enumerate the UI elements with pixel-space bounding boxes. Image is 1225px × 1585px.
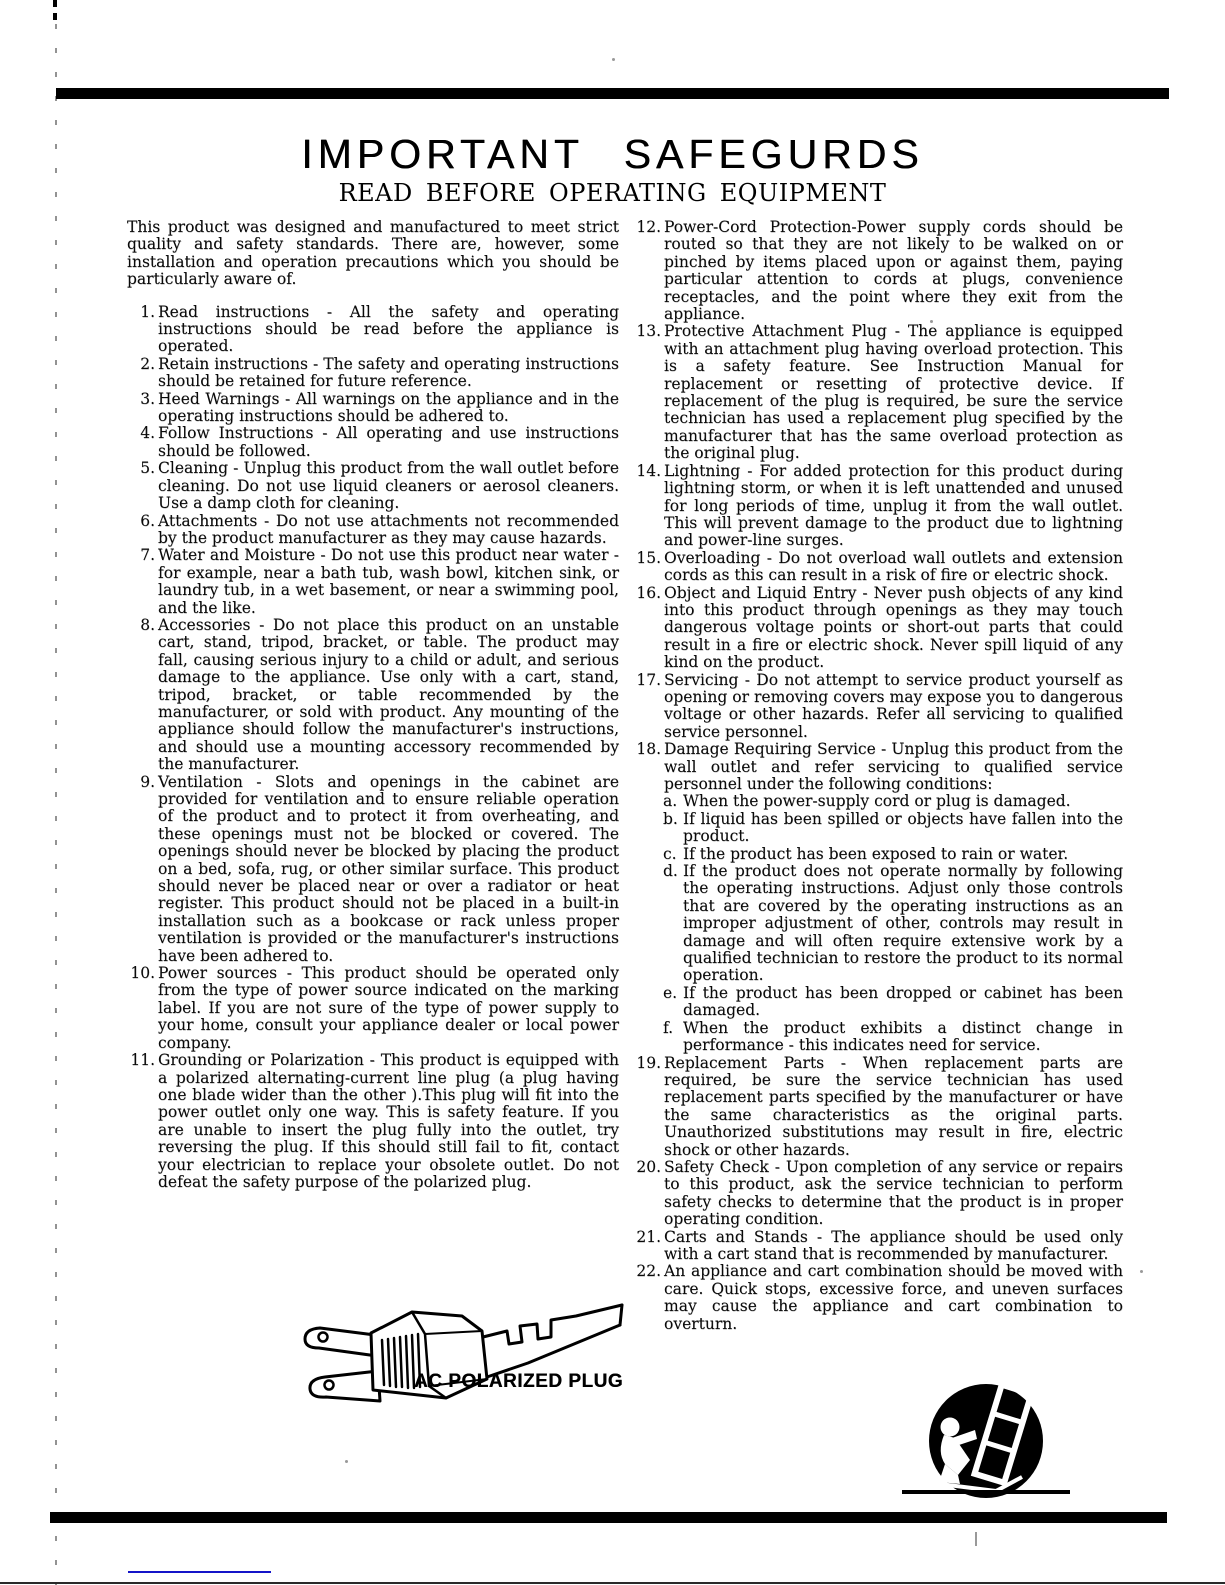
- item-text: Safety Check - Upon completion of any se…: [664, 1158, 1123, 1228]
- scan-speckle: [612, 58, 615, 61]
- safeguard-item-3: 3.Heed Warnings - All warnings on the ap…: [127, 391, 619, 426]
- ac-polarized-plug-illustration: [276, 1293, 628, 1415]
- safeguard-item-10: 10.Power sources - This product should b…: [127, 965, 619, 1052]
- subitem-text: If the product has been dropped or cabin…: [683, 984, 1123, 1019]
- safeguard-subitem-c: c.If the product has been exposed to rai…: [664, 846, 1123, 863]
- safeguard-list-1-11: 1.Read instructions - All the safety and…: [127, 304, 619, 1192]
- scan-speckle: [1140, 1270, 1143, 1273]
- item-number: 7.: [127, 547, 155, 564]
- item-number: 20.: [633, 1159, 661, 1176]
- item-text: Damage Requiring Service - Unplug this p…: [664, 740, 1123, 793]
- item-text: Water and Moisture - Do not use this pro…: [158, 546, 619, 616]
- item-number: 11.: [127, 1052, 155, 1069]
- safeguard-list-12-22: 12.Power-Cord Protection-Power supply co…: [633, 219, 1123, 1333]
- scan-margin-dashed-line: [55, 0, 57, 1585]
- item-text: Attachments - Do not use attachments not…: [158, 512, 619, 547]
- item-number: 18.: [633, 741, 661, 758]
- scan-speckle: [975, 1532, 977, 1546]
- safeguard-subitem-f: f.When the product exhibits a distinct c…: [664, 1020, 1123, 1055]
- item-number: 22.: [633, 1263, 661, 1280]
- safeguard-item-7: 7.Water and Moisture - Do not use this p…: [127, 547, 619, 617]
- safeguard-item-15: 15.Overloading - Do not overload wall ou…: [633, 550, 1123, 585]
- item-number: 4.: [127, 425, 155, 442]
- safeguard-item-13: 13.Protective Attachment Plug - The appl…: [633, 323, 1123, 462]
- safeguard-item-22: 22.An appliance and cart combination sho…: [633, 1263, 1123, 1333]
- subitem-letter: e.: [663, 985, 677, 1002]
- safeguard-subitem-d: d.If the product does not operate normal…: [664, 863, 1123, 985]
- safeguard-item-17: 17.Servicing - Do not attempt to service…: [633, 672, 1123, 742]
- item-number: 12.: [633, 219, 661, 236]
- subitem-text: If the product has been exposed to rain …: [683, 845, 1068, 863]
- item-text: Ventilation - Slots and openings in the …: [158, 773, 619, 965]
- item-text: Servicing - Do not attempt to service pr…: [664, 671, 1123, 741]
- item-number: 10.: [127, 965, 155, 982]
- item-number: 5.: [127, 460, 155, 477]
- subitem-text: If liquid has been spilled or objects ha…: [683, 810, 1123, 845]
- item-text: Cleaning - Unplug this product from the …: [158, 459, 619, 512]
- item-text: Read instructions - All the safety and o…: [158, 303, 619, 356]
- safeguard-item-2: 2.Retain instructions - The safety and o…: [127, 356, 619, 391]
- safeguard-item-12: 12.Power-Cord Protection-Power supply co…: [633, 219, 1123, 323]
- item-number: 2.: [127, 356, 155, 373]
- subitem-letter: f.: [663, 1020, 673, 1037]
- safeguard-item-20: 20.Safety Check - Upon completion of any…: [633, 1159, 1123, 1229]
- safeguard-item-1: 1.Read instructions - All the safety and…: [127, 304, 619, 356]
- subitem-letter: b.: [663, 811, 678, 828]
- item-number: 19.: [633, 1055, 661, 1072]
- subitem-letter: c.: [663, 846, 677, 863]
- item-text: Follow Instructions - All operating and …: [158, 424, 619, 459]
- safeguard-item-14: 14.Lightning - For added protection for …: [633, 463, 1123, 550]
- top-black-bar: [56, 88, 1169, 99]
- item-text: An appliance and cart combination should…: [664, 1262, 1123, 1332]
- item-number: 9.: [127, 774, 155, 791]
- item-text: Overloading - Do not overload wall outle…: [664, 549, 1123, 584]
- safeguard-subitem-b: b.If liquid has been spilled or objects …: [664, 811, 1123, 846]
- safeguard-item-5: 5.Cleaning - Unplug this product from th…: [127, 460, 619, 512]
- item-text: Lightning - For added protection for thi…: [664, 462, 1123, 550]
- item-text: Grounding or Polarization - This product…: [158, 1051, 619, 1191]
- safeguard-item-18: 18.Damage Requiring Service - Unplug thi…: [633, 741, 1123, 1054]
- subitem-text: When the power-supply cord or plug is da…: [683, 792, 1071, 810]
- safeguard-item-9: 9.Ventilation - Slots and openings in th…: [127, 774, 619, 965]
- item-text: Replacement Parts - When replacement par…: [664, 1054, 1123, 1159]
- subitem-text: If the product does not operate normally…: [683, 862, 1123, 984]
- scan-corner-marks: [53, 0, 57, 26]
- item-text: Power-Cord Protection-Power supply cords…: [664, 218, 1123, 323]
- item-number: 8.: [127, 617, 155, 634]
- subitem-text: When the product exhibits a distinct cha…: [683, 1019, 1123, 1054]
- item-number: 13.: [633, 323, 661, 340]
- item-number: 17.: [633, 672, 661, 689]
- safeguard-subitem-e: e.If the product has been dropped or cab…: [664, 985, 1123, 1020]
- item-number: 15.: [633, 550, 661, 567]
- safeguard-item-21: 21.Carts and Stands - The appliance shou…: [633, 1229, 1123, 1264]
- item-text: Object and Liquid Entry - Never push obj…: [664, 584, 1123, 672]
- item-text: Accessories - Do not place this product …: [158, 616, 619, 773]
- safeguard-subitem-a: a.When the power-supply cord or plug is …: [664, 793, 1123, 810]
- safeguard-item-6: 6.Attachments - Do not use attachments n…: [127, 513, 619, 548]
- page-bottom-edge-line: [0, 1582, 1225, 1584]
- item-number: 16.: [633, 585, 661, 602]
- item-number: 6.: [127, 513, 155, 530]
- scanned-manual-page: IMPORTANT SAFEGURDS READ BEFORE OPERATIN…: [0, 0, 1225, 1585]
- page-subtitle: READ BEFORE OPERATING EQUIPMENT: [0, 179, 1225, 207]
- item-text: Carts and Stands - The appliance should …: [664, 1228, 1123, 1263]
- item-text: Protective Attachment Plug - The applian…: [664, 322, 1123, 462]
- item-text: Power sources - This product should be o…: [158, 964, 619, 1052]
- left-column: This product was designed and manufactur…: [127, 219, 619, 1191]
- safeguard-item-8: 8.Accessories - Do not place this produc…: [127, 617, 619, 774]
- page-title: IMPORTANT SAFEGURDS: [0, 131, 1225, 178]
- safeguard-item-11: 11.Grounding or Polarization - This prod…: [127, 1052, 619, 1191]
- plug-caption: AC POLARIZED PLUG: [414, 1371, 623, 1393]
- subitem-letter: d.: [663, 863, 678, 880]
- item-text: Heed Warnings - All warnings on the appl…: [158, 390, 619, 425]
- item-number: 3.: [127, 391, 155, 408]
- scan-blue-underline: [128, 1571, 271, 1573]
- cart-tip-over-warning-icon: [898, 1378, 1078, 1528]
- scan-speckle: [345, 1460, 348, 1463]
- item-number: 1.: [127, 304, 155, 321]
- safeguard-item-19: 19.Replacement Parts - When replacement …: [633, 1055, 1123, 1159]
- right-column: 12.Power-Cord Protection-Power supply co…: [633, 219, 1123, 1333]
- safeguard-item-16: 16.Object and Liquid Entry - Never push …: [633, 585, 1123, 672]
- item-number: 21.: [633, 1229, 661, 1246]
- item-number: 14.: [633, 463, 661, 480]
- subitem-letter: a.: [663, 793, 677, 810]
- safeguard-item-4: 4.Follow Instructions - All operating an…: [127, 425, 619, 460]
- item-text: Retain instructions - The safety and ope…: [158, 355, 619, 390]
- intro-paragraph: This product was designed and manufactur…: [127, 219, 619, 289]
